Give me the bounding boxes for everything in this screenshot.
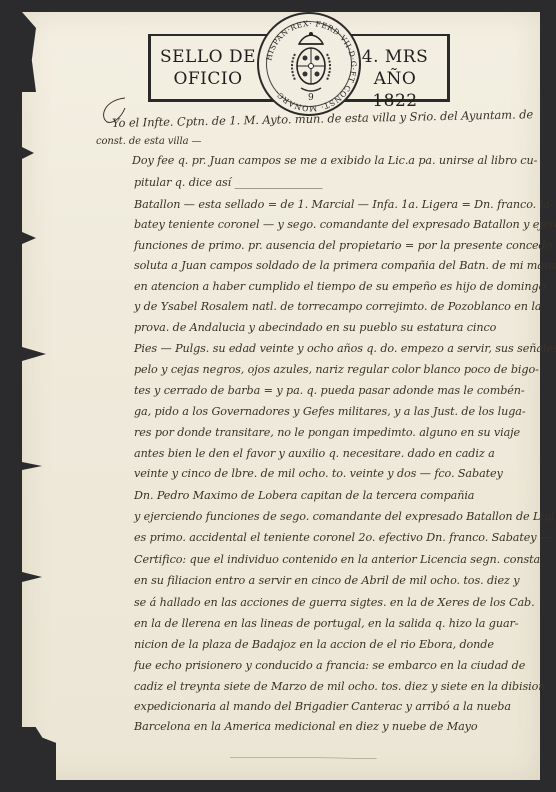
license-line: y de Ysabel Rosalem natl. de torrecampo … bbox=[134, 300, 541, 313]
license-line: pelo y cejas negros, ojos azules, nariz … bbox=[134, 363, 539, 376]
torn-edge bbox=[22, 572, 42, 582]
license-line: tes y cerrado de barba = y pa. q. pueda … bbox=[134, 384, 525, 397]
license-line: Batallon — esta sellado = de 1. Marcial … bbox=[134, 198, 553, 211]
certificate-line: es primo. accidental el teniente coronel… bbox=[134, 531, 551, 544]
end-rule-divider bbox=[80, 757, 530, 759]
heading-line: Doy fee q. pr. Juan campos se me a exibi… bbox=[132, 154, 537, 167]
certificate-line: fue echo prisionero y conducido a franci… bbox=[134, 659, 525, 672]
heading-line: const. de esta villa — bbox=[96, 136, 201, 147]
royal-seal: HISPAN·REX· FERD·VII·D·G·ET CONST· MONAR… bbox=[257, 12, 361, 116]
royal-coat-of-arms-icon: HISPAN·REX· FERD·VII·D·G·ET CONST· MONAR… bbox=[259, 14, 363, 118]
license-line: batey teniente coronel — y sego. comanda… bbox=[134, 218, 556, 231]
torn-edge bbox=[22, 232, 36, 244]
license-line: res por donde transitare, no le pongan i… bbox=[134, 426, 520, 439]
stamp-left-label: SELLO DE OFICIO bbox=[159, 46, 257, 90]
license-line: Pies — Pulgs. su edad veinte y ocho años… bbox=[134, 342, 556, 355]
certificate-line: en la de llerena en las lineas de portug… bbox=[134, 617, 518, 630]
certificate-line: y ejerciendo funciones de sego. comandan… bbox=[134, 510, 556, 523]
certificate-line: expedicionaria al mando del Brigadier Ca… bbox=[134, 700, 511, 713]
torn-edge bbox=[22, 727, 56, 780]
torn-edge bbox=[22, 12, 36, 92]
stamp-sello-text: SELLO DE bbox=[159, 46, 257, 68]
license-line: ga, pido a los Governadores y Gefes mili… bbox=[134, 405, 526, 418]
heading-line: pitular q. dice así ________________ bbox=[134, 176, 323, 189]
stamp-oficio-text: OFICIO bbox=[159, 68, 257, 90]
torn-edge bbox=[22, 147, 34, 159]
license-line: en atencion a haber cumplido el tiempo d… bbox=[134, 280, 545, 293]
certificate-line: se á hallado en las acciones de guerra s… bbox=[134, 596, 535, 609]
certificate-line: cadiz el treynta siete de Marzo de mil o… bbox=[134, 680, 545, 693]
license-line: prova. de Andalucia y abecindado en su p… bbox=[134, 321, 496, 334]
certificate-line: Certifico: que el individuo contenido en… bbox=[134, 553, 540, 566]
license-line: funciones de primo. pr. ausencia del pro… bbox=[134, 239, 556, 252]
license-line: soluta a Juan campos soldado de la prime… bbox=[134, 259, 556, 272]
certificate-line: nicion de la plaza de Badajoz en la acci… bbox=[134, 638, 494, 651]
certificate-line: Barcelona en la America medicional en di… bbox=[134, 720, 478, 733]
torn-edge bbox=[22, 462, 42, 470]
svg-text:9: 9 bbox=[308, 93, 314, 103]
license-signature-line: veinte y cinco de lbre. de mil ocho. to.… bbox=[134, 467, 503, 480]
certificate-line: Dn. Pedro Maximo de Lobera capitan de la… bbox=[134, 489, 474, 502]
certificate-line: en su filiacion entro a servir en cinco … bbox=[134, 574, 520, 587]
torn-edge bbox=[22, 347, 46, 361]
license-line: antes bien le den el favor y auxilio q. … bbox=[134, 447, 495, 460]
